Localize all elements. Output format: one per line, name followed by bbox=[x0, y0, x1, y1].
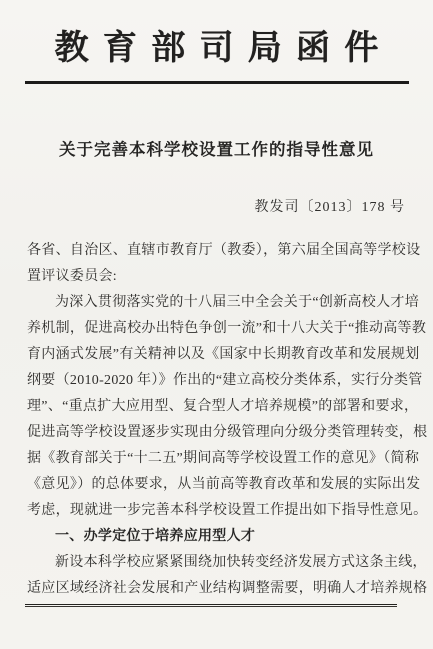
body-line: 据《教育部关于“十二五”期间高等学校设置工作的意见》（简称 bbox=[27, 446, 433, 472]
body-line: 新设本科学校应紧紧围绕加快转变经济发展方式这条主线， bbox=[27, 550, 433, 576]
body-line: 理”、“重点扩大应用型、复合型人才培养规模”的部署和要求， bbox=[27, 394, 433, 420]
section-heading: 一、办学定位于培养应用型人才 bbox=[27, 524, 433, 550]
document-body: 各省、自治区、直辖市教育厅（教委），第六届全国高等学校设 置评议委员会: 为深入… bbox=[0, 238, 433, 602]
document-number: 教发司〔2013〕178 号 bbox=[0, 196, 433, 216]
scanned-document-page: 教育部司局函件 关于完善本科学校设置工作的指导性意见 教发司〔2013〕178 … bbox=[0, 0, 433, 649]
body-line: 为深入贯彻落实党的十八届三中全会关于“创新高校人才培 bbox=[27, 290, 433, 316]
letterhead-org-title: 教育部司局函件 bbox=[14, 20, 433, 69]
letterhead: 教育部司局函件 bbox=[0, 0, 433, 84]
letterhead-divider-rule bbox=[25, 81, 409, 84]
body-line: 纲要（2010-2020 年）》作出的“建立高校分类体系，实行分类管 bbox=[27, 368, 433, 394]
body-line: 各省、自治区、直辖市教育厅（教委），第六届全国高等学校设 bbox=[27, 238, 433, 264]
body-line: 《意见》）的总体要求，从当前高等教育改革和发展的实际出发 bbox=[27, 472, 433, 498]
body-line: 适应区域经济社会发展和产业结构调整需要，明确人才培养规格 bbox=[27, 576, 433, 602]
footer-divider-rule bbox=[25, 604, 397, 607]
body-line: 考虑，现就进一步完善本科学校设置工作提出如下指导性意见。 bbox=[27, 498, 433, 524]
document-title: 关于完善本科学校设置工作的指导性意见 bbox=[0, 136, 433, 160]
body-line: 育内涵式发展”有关精神以及《国家中长期教育改革和发展规划 bbox=[27, 342, 433, 368]
body-line: 养机制，促进高校办出特色争创一流”和十八大关于“推动高等教 bbox=[27, 316, 433, 342]
body-line: 置评议委员会: bbox=[27, 264, 433, 290]
body-line: 促进高等学校设置逐步实现由分级管理向分级分类管理转变，根 bbox=[27, 420, 433, 446]
